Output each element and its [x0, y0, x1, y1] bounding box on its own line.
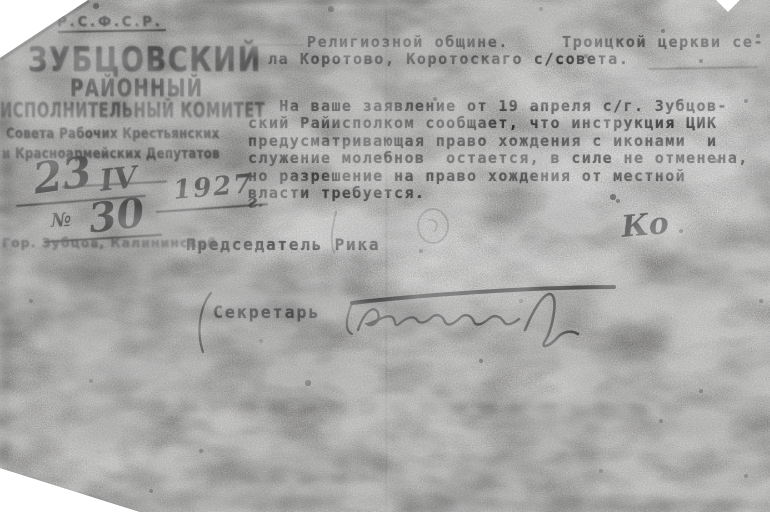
addressee-line1: Религиозной общине. Троицкой церкви се-	[307, 33, 764, 51]
smudge-band-3	[60, 398, 770, 446]
letterhead-org-line3: ИСПОЛНИТЕЛЬНЫЙ КОМИТЕТ	[0, 98, 265, 122]
body-line-4: служение молебнов остается, в силе не от…	[248, 150, 749, 167]
document-scan: Р.С.Ф.С.Р. ЗУБЦОВСКИЙ РАЙОННЫЙ ИСПОЛНИТЕ…	[0, 0, 770, 512]
chairman-line: Председатель Рика	[186, 235, 380, 254]
addressee-lead-line	[242, 44, 304, 46]
bleedthrough-smudge-3	[400, 452, 730, 460]
secretary-line: Секретарь	[213, 303, 320, 322]
bleedthrough-smudge-1	[150, 400, 670, 417]
fold-crease-vertical	[385, 0, 388, 512]
letterhead-republic: Р.С.Ф.С.Р.	[57, 15, 163, 30]
letterhead-soviet-line1: Совета Рабочих Крестьянских	[6, 126, 220, 142]
margin-mark: Ко	[620, 206, 670, 245]
ink-specks	[0, 0, 2, 2]
smudge-band-4	[110, 458, 770, 488]
dark-top-edge	[180, 0, 450, 4]
body-line-6: власти требуется.	[248, 185, 749, 202]
tear-edge-bottom-left	[0, 468, 140, 512]
paper-sheet: Р.С.Ф.С.Р. ЗУБЦОВСКИЙ РАЙОННЫЙ ИСПОЛНИТЕ…	[0, 0, 770, 512]
date-year-handwritten: 1927	[172, 169, 255, 206]
bleedthrough-smudge-2	[120, 474, 500, 483]
smudge-band-2	[0, 348, 770, 390]
faint-circle-mark	[418, 209, 448, 243]
dark-left-edge	[0, 0, 12, 512]
addressee-underline	[648, 66, 758, 69]
body-line-1: На ваше заявление от 19 апреля с/г. Зубц…	[248, 98, 749, 115]
body-line-2: ский Райисполком сообщает, что инструкци…	[248, 115, 749, 132]
city-stamp: Гор. Зубцов, Калининской	[2, 235, 217, 250]
bleedthrough-smudge-4	[430, 234, 610, 241]
body-paragraph: На ваше заявление от 19 апреля с/г. Зубц…	[248, 98, 749, 202]
body-line-5: но разрешение на право хождения от местн…	[248, 168, 749, 185]
doc-number-sign: №	[50, 209, 72, 232]
addressee-line2: ла Коротово, Коротоскаго с/совета.	[268, 50, 629, 68]
body-line-3: предусматривающая право хождения с икона…	[248, 133, 749, 150]
